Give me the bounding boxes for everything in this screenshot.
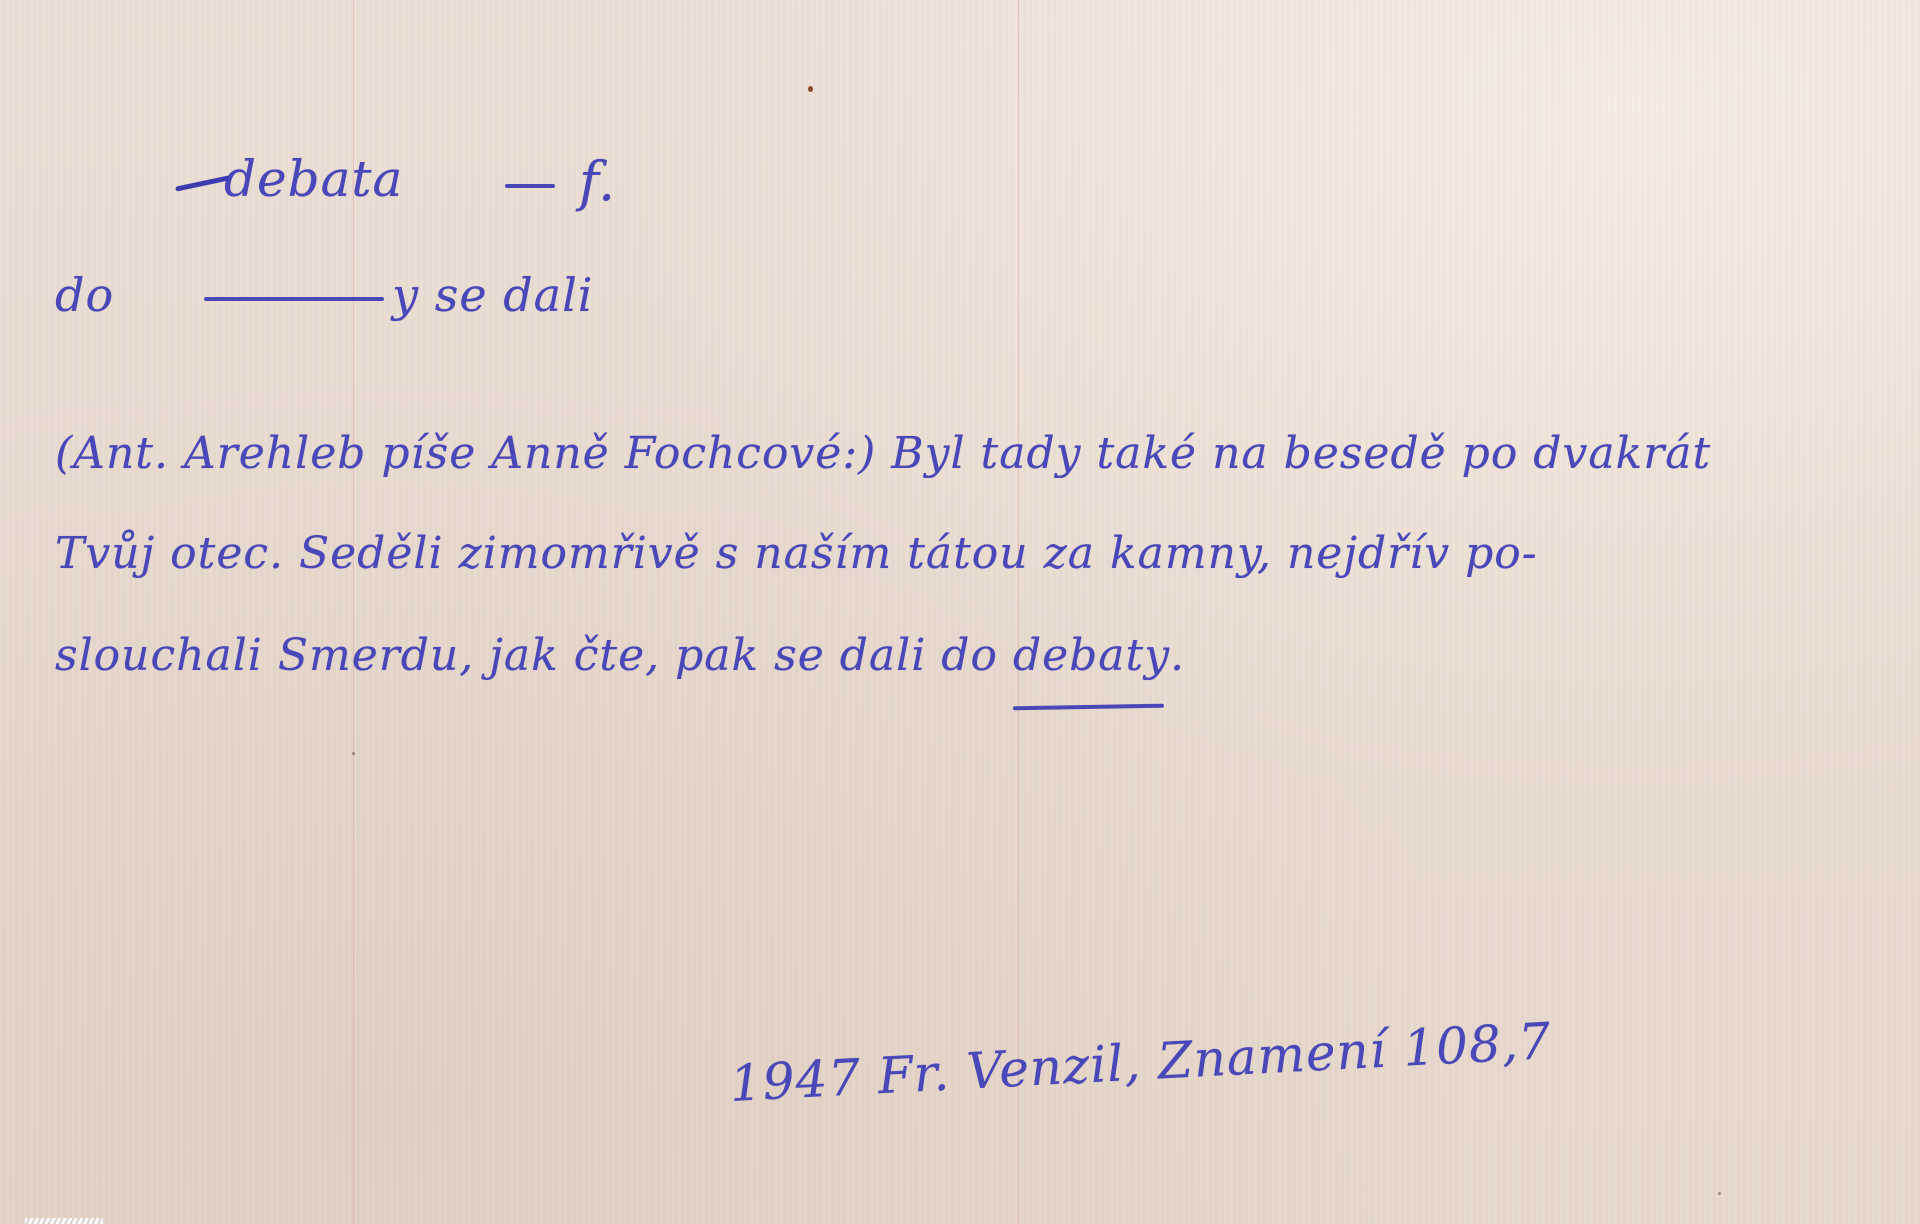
quote-line-1: (Ant. Arehleb píše Anně Fochcové:) Byl t…	[55, 428, 1711, 479]
quote-line-3-end: .	[1170, 630, 1185, 681]
usage-phrase: doy se dali	[55, 268, 594, 322]
headword-placeholder-dash	[204, 297, 384, 301]
quote-line-3: slouchali Smerdu, jak čte, pak se dali d…	[55, 630, 1185, 681]
headword-text: debata	[224, 150, 403, 208]
phrase-suffix: y se dali	[392, 268, 593, 322]
underlined-headword-example: debaty	[1013, 630, 1170, 681]
gender-label: f.	[579, 150, 616, 213]
scan-corner-mark	[25, 1218, 103, 1224]
quote-line-3-do: do	[941, 630, 1013, 681]
gender-separator-dash	[505, 184, 555, 188]
quote-line-2: Tvůj otec. Seděli zimomřivě s naším táto…	[55, 528, 1538, 579]
quote-line-3-text: slouchali Smerdu, jak čte, pak se dali	[55, 630, 941, 681]
headword: debata	[175, 150, 403, 208]
grammatical-gender: f.	[505, 150, 616, 213]
headword-lead-stroke	[175, 175, 230, 191]
paper-speck	[1718, 1192, 1721, 1195]
ink-speck	[808, 86, 813, 92]
paper-speck	[352, 752, 355, 755]
phrase-prefix: do	[55, 268, 114, 322]
